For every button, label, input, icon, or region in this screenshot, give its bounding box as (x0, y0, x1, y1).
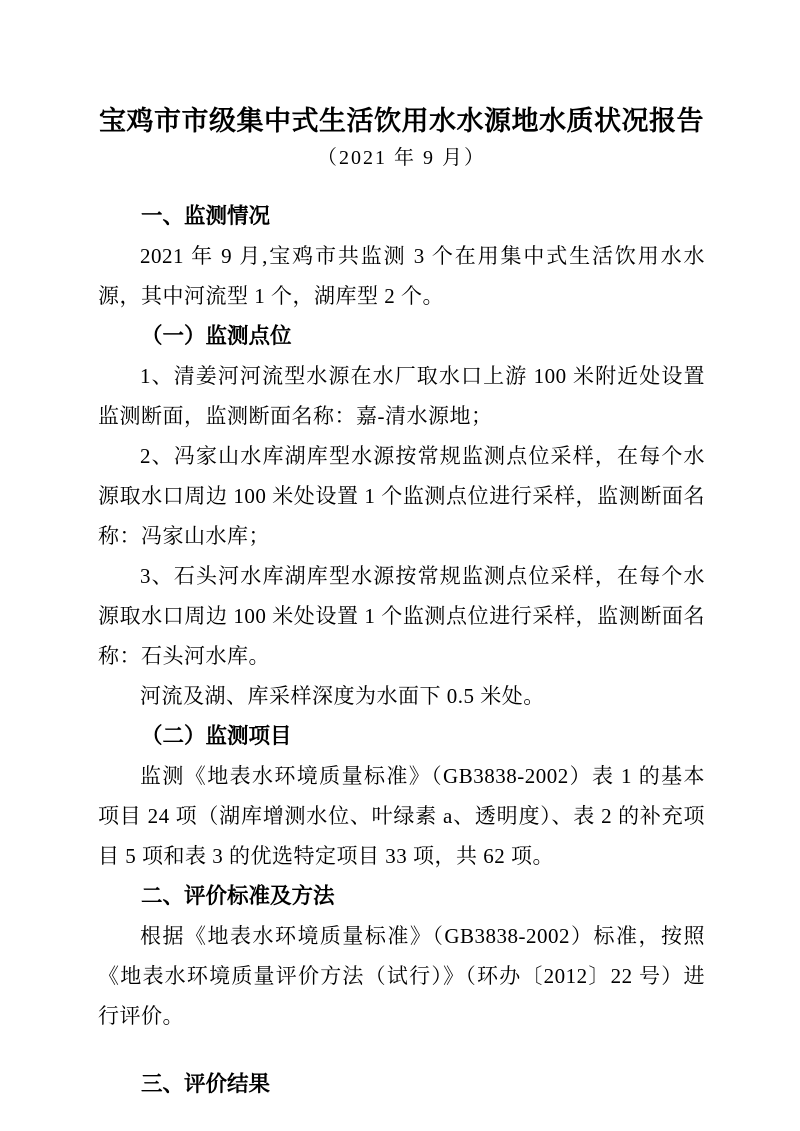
paragraph-site-qingjiang-river: 1、清姜河河流型水源在水厂取水口上游 100 米附近处设置监测断面，监测断面名称… (98, 356, 705, 436)
paragraph-site-shitouhe-reservoir: 3、石头河水库湖库型水源按常规监测点位采样，在每个水源取水口周边 100 米处设… (98, 556, 705, 676)
heading-monitoring-sites: （一）监测点位 (98, 316, 705, 356)
paragraph-sampling-depth: 河流及湖、库采样深度为水面下 0.5 米处。 (98, 676, 705, 716)
heading-evaluation-results: 三、评价结果 (98, 1064, 705, 1104)
heading-evaluation-standard-method: 二、评价标准及方法 (98, 876, 705, 916)
paragraph-site-fengjiashan-reservoir: 2、冯家山水库湖库型水源按常规监测点位采样，在每个水源取水口周边 100 米处设… (98, 436, 705, 556)
document-subtitle: （2021 年 9 月） (98, 144, 705, 172)
heading-monitoring-overview: 一、监测情况 (98, 196, 705, 236)
paragraph-monitoring-overview: 2021 年 9 月,宝鸡市共监测 3 个在用集中式生活饮用水水源，其中河流型 … (98, 236, 705, 316)
document-title: 宝鸡市市级集中式生活饮用水水源地水质状况报告 (98, 103, 705, 139)
document-page: 宝鸡市市级集中式生活饮用水水源地水质状况报告 （2021 年 9 月） 一、监测… (0, 0, 800, 1131)
paragraph-monitoring-items: 监测《地表水环境质量标准》（GB3838-2002）表 1 的基本项目 24 项… (98, 756, 705, 876)
paragraph-evaluation-standard-method: 根据《地表水环境质量标准》（GB3838-2002）标准，按照《地表水环境质量评… (98, 916, 705, 1036)
document-content: 宝鸡市市级集中式生活饮用水水源地水质状况报告 （2021 年 9 月） 一、监测… (0, 0, 800, 1104)
heading-monitoring-items: （二）监测项目 (98, 716, 705, 756)
